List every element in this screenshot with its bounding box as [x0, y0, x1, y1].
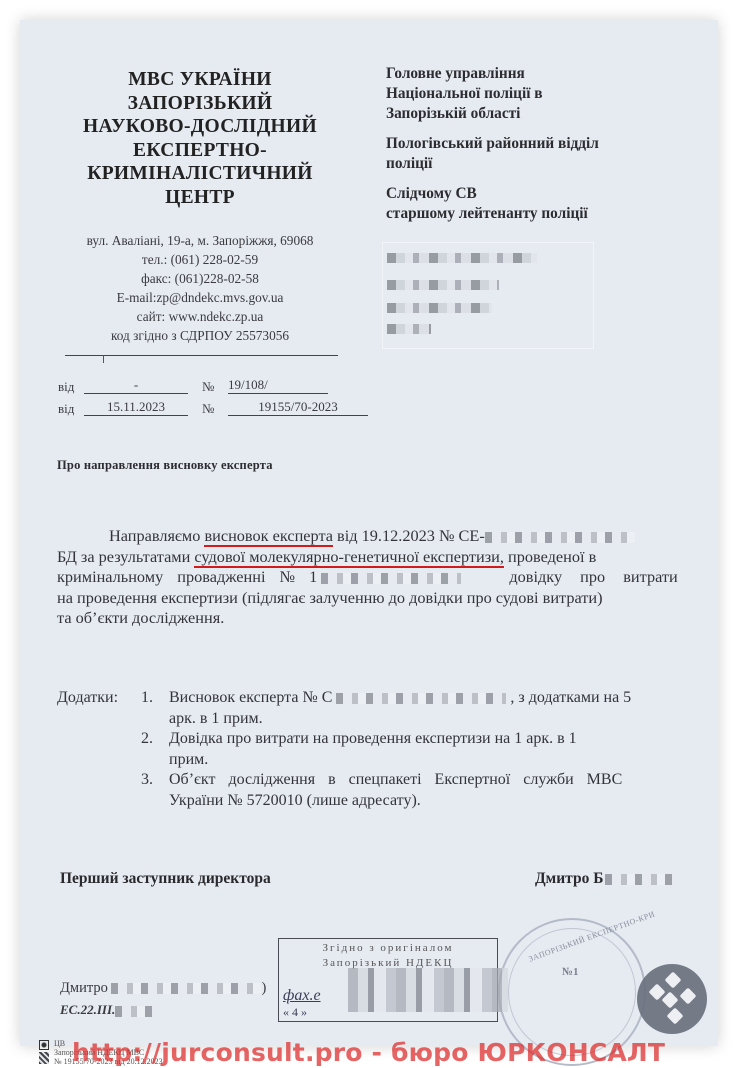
sender-organization-title: МВС УКРАЇНИ ЗАПОРІЗЬКИЙ НАУКОВО-ДОСЛІДНИ…	[60, 68, 340, 209]
body-text-span: довідку про витрати	[491, 567, 677, 586]
org-title-line: НАУКОВО-ДОСЛІДНИЙ	[60, 115, 340, 139]
body-text-span: Направляємо	[109, 526, 204, 545]
addressee-recipient: Слідчому СВ старшому лейтенанту поліції	[386, 184, 686, 224]
body-text-span: БД за результатами	[57, 547, 194, 566]
attachment-number: 2.	[141, 729, 153, 750]
reference-numbers: від - № 19/108/ від 15.11.2023 № 19155/7…	[58, 377, 398, 421]
redacted-surname	[605, 874, 675, 885]
attachment-line: Об’єкт дослідження в спецпакеті Експертн…	[169, 770, 697, 791]
executor-name-text: Дмитро	[60, 980, 111, 996]
redaction-bar	[387, 253, 537, 263]
qr-code-icon	[39, 1052, 49, 1064]
attachment-text: Висновок експерта № С	[169, 689, 332, 706]
addressee-line: Запорізькій області	[386, 104, 686, 124]
executor-code-text: ЕС.22.ІІІ.	[60, 1002, 115, 1017]
phone: тел.: (061) 228-02-59	[50, 250, 350, 269]
letter-subject: Про направлення висновку експерта	[57, 458, 273, 473]
body-line: БД за результатами судової молекулярно-г…	[57, 547, 693, 568]
addressee-block: Головне управління Національної поліції …	[386, 64, 686, 234]
ref-date-label: від	[58, 401, 74, 417]
signatory-name: Дмитро Б	[535, 870, 675, 888]
watermark-logo-icon	[637, 964, 707, 1034]
signatory-name-text: Дмитро Б	[535, 870, 603, 887]
highlighted-phrase: судової молекулярно-генетичної експертиз…	[194, 547, 504, 568]
logo-square	[667, 1008, 684, 1025]
stamp-line: Згідно з оригіналом	[279, 942, 497, 954]
body-text-span: проведеної в	[504, 547, 596, 566]
ref-number-label: №	[202, 379, 214, 395]
signatory-title: Перший заступник директора	[60, 870, 271, 888]
redacted-recipient-name	[382, 242, 594, 349]
org-title-line: ЦЕНТР	[60, 186, 340, 210]
attachment-line: Довідка про витрати на проведення експер…	[169, 729, 697, 750]
sender-contacts: вул. Аваліані, 19-а, м. Запоріжжя, 69068…	[50, 231, 350, 345]
ref-date-value: -	[84, 377, 188, 394]
org-title-line: МВС УКРАЇНИ	[60, 68, 340, 92]
ref-date-label: від	[58, 379, 74, 395]
body-line: на проведення експертизи (підлягає залуч…	[57, 588, 693, 609]
attachment-line: прим.	[169, 750, 697, 771]
body-text-span: від 19.12.2023 № СЕ-	[333, 526, 485, 545]
edrpou-code: код згідно з СДРПОУ 25573056	[50, 326, 350, 345]
document-page: МВС УКРАЇНИ ЗАПОРІЗЬКИЙ НАУКОВО-ДОСЛІДНИ…	[20, 20, 718, 1046]
org-title-line: ЗАПОРІЗЬКИЙ	[60, 92, 340, 116]
addressee-line: Пологівський районний відділ	[386, 134, 686, 154]
logo-square	[665, 972, 682, 989]
redacted-conclusion-number	[485, 532, 635, 543]
redaction-bar	[387, 303, 492, 313]
addressee-line: Національної поліції в	[386, 84, 686, 104]
addressee-line: Слідчому СВ	[386, 184, 686, 204]
redacted-code	[115, 1006, 155, 1017]
address: вул. Аваліані, 19-а, м. Запоріжжя, 69068	[50, 231, 350, 250]
addressee-line: Головне управління	[386, 64, 686, 84]
stamp-handwriting: фах.е	[283, 987, 321, 1005]
body-text-span: кримінальному провадженні № 1	[57, 567, 317, 586]
executor-name: Дмитро )	[60, 980, 266, 997]
letter-body: Направляємо висновок експерта від 19.12.…	[57, 526, 693, 629]
body-line: кримінальному провадженні № 1 довідку пр…	[57, 567, 693, 588]
logo-square	[662, 992, 679, 1009]
redaction-bar	[387, 280, 499, 290]
ref-number-value: 19155/70-2023	[228, 399, 368, 416]
attachment-line: Висновок експерта № С, з додатками на 5	[169, 688, 697, 709]
reference-row: від 15.11.2023 № 19155/70-2023	[58, 399, 398, 421]
org-title-line: КРИМІНАЛІСТИЧНИЙ	[60, 162, 340, 186]
attachments-label: Додатки:	[57, 688, 118, 709]
executor-code: ЕС.22.ІІІ.	[60, 1002, 155, 1018]
redaction-bar	[387, 324, 431, 334]
paren: )	[261, 980, 266, 996]
body-line: та об’єкти дослідження.	[57, 608, 693, 629]
fax: факс: (061)228-02-58	[50, 269, 350, 288]
header-divider	[65, 355, 338, 356]
qr-code-icon	[39, 1040, 49, 1050]
redacted-executor	[111, 983, 261, 994]
attachment-line: України № 5720010 (лише адресату).	[169, 791, 697, 812]
ref-number-value: 19/108/	[228, 377, 328, 394]
email: E-mail:zp@dndekc.mvs.gov.ua	[50, 288, 350, 307]
logo-square	[680, 988, 697, 1005]
stamp-date: « 4 »	[283, 1005, 307, 1020]
highlighted-phrase: висновок експерта	[204, 526, 333, 547]
body-line: Направляємо висновок експерта від 19.12.…	[57, 526, 693, 547]
attachment-number: 1.	[141, 688, 153, 709]
reference-row: від - № 19/108/	[58, 377, 398, 399]
promo-watermark-link[interactable]: http://jurconsult.pro - бюро ЮРКОНСАЛТ	[72, 1038, 665, 1067]
addressee-line: старшому лейтенанту поліції	[386, 204, 686, 224]
seal-number: №1	[562, 966, 579, 978]
redacted-conclusion-number	[336, 693, 506, 704]
redacted-stamp-signature	[348, 968, 508, 1012]
org-title-line: ЕКСПЕРТНО-	[60, 139, 340, 163]
header-divider-tick	[103, 355, 104, 363]
attachment-text: , з додатками на 5	[510, 689, 631, 706]
website: сайт: www.ndekc.zp.ua	[50, 307, 350, 326]
addressee-organization: Головне управління Національної поліції …	[386, 64, 686, 124]
redacted-case-number	[321, 573, 461, 584]
addressee-department: Пологівський районний відділ поліції	[386, 134, 686, 174]
ref-number-label: №	[202, 401, 214, 417]
attachment-number: 3.	[141, 770, 153, 791]
attachment-line: арк. в 1 прим.	[169, 709, 697, 730]
ref-date-value: 15.11.2023	[84, 399, 188, 416]
addressee-line: поліції	[386, 154, 686, 174]
